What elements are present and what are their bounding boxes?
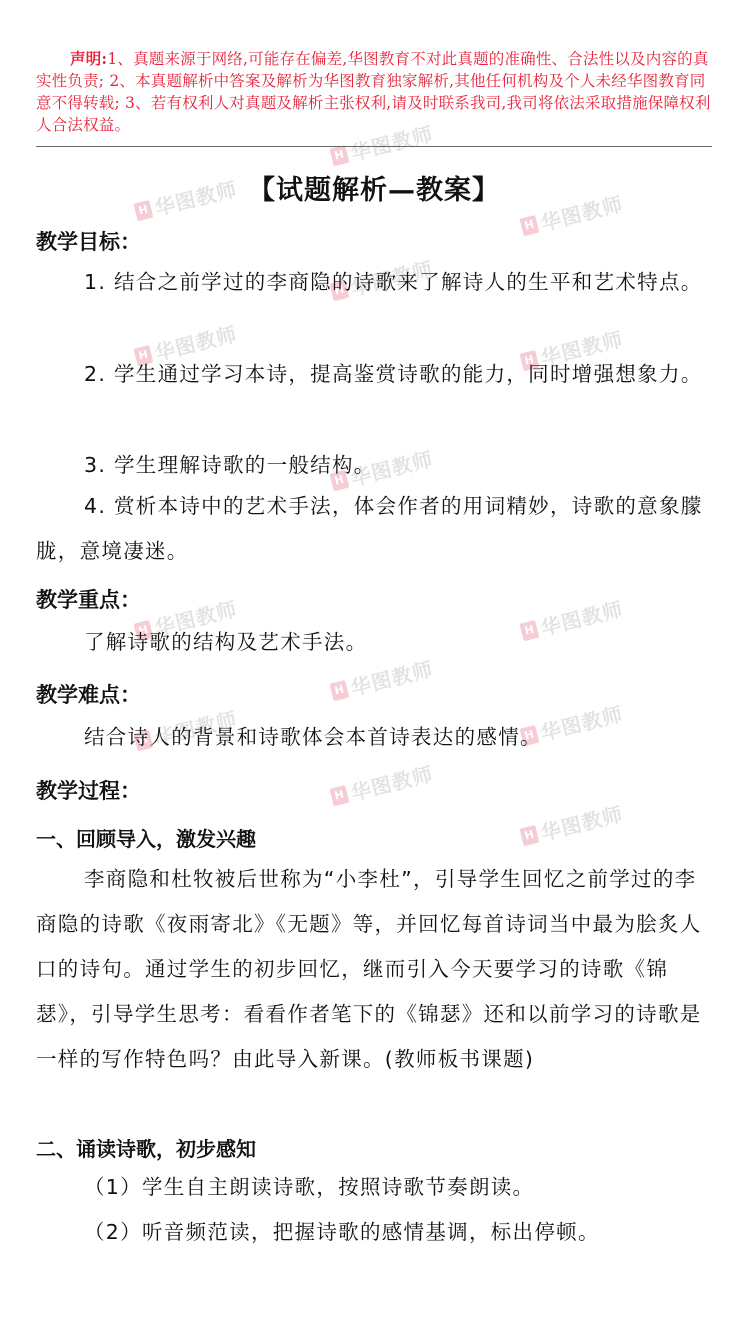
divider [36,146,712,147]
page-title: 【试题解析—教案】 [0,168,748,207]
step1-heading: 一、回顾导入，激发兴趣 [36,823,256,852]
goal-item: 3. 学生理解诗歌的一般结构。 [36,443,716,488]
heading-goals: 教学目标： [36,226,141,256]
step2-item: （2）听音频范读，把握诗歌的感情基调，标出停顿。 [84,1210,748,1255]
goal-item: 4. 赏析本诗中的艺术手法，体会作者的用词精妙，诗歌的意象朦胧，意境凄迷。 [36,484,716,574]
heading-difficulties: 教学难点： [36,679,141,709]
goal-item: 1. 结合之前学过的李商隐的诗歌来了解诗人的生平和艺术特点。 [36,260,716,305]
step2-heading: 二、诵读诗歌，初步感知 [36,1133,256,1162]
watermark-logo: H华图教师 [518,798,626,851]
step1-text: 李商隐和杜牧被后世称为“小李杜”，引导学生回忆之前学过的李商隐的诗歌《夜雨寄北》… [36,857,716,1082]
disclaimer-label: 声明: [70,49,107,68]
key-points-text: 了解诗歌的结构及艺术手法。 [36,620,716,665]
difficulties-text: 结合诗人的背景和诗歌体会本首诗表达的感情。 [36,715,716,760]
goal-item: 2. 学生通过学习本诗，提高鉴赏诗歌的能力，同时增强想象力。 [36,352,716,397]
heading-process: 教学过程： [36,775,141,805]
disclaimer-notice: 声明:1、真题来源于网络,可能存在偏差,华图教育不对此真题的准确性、合法性以及内… [36,48,712,136]
step2-item: （1）学生自主朗读诗歌，按照诗歌节奏朗读。 [84,1165,748,1210]
heading-key-points: 教学重点： [36,584,141,614]
watermark-logo: H华图教师 [328,758,436,811]
disclaimer-text: 1、真题来源于网络,可能存在偏差,华图教育不对此真题的准确性、合法性以及内容的真… [36,50,711,134]
